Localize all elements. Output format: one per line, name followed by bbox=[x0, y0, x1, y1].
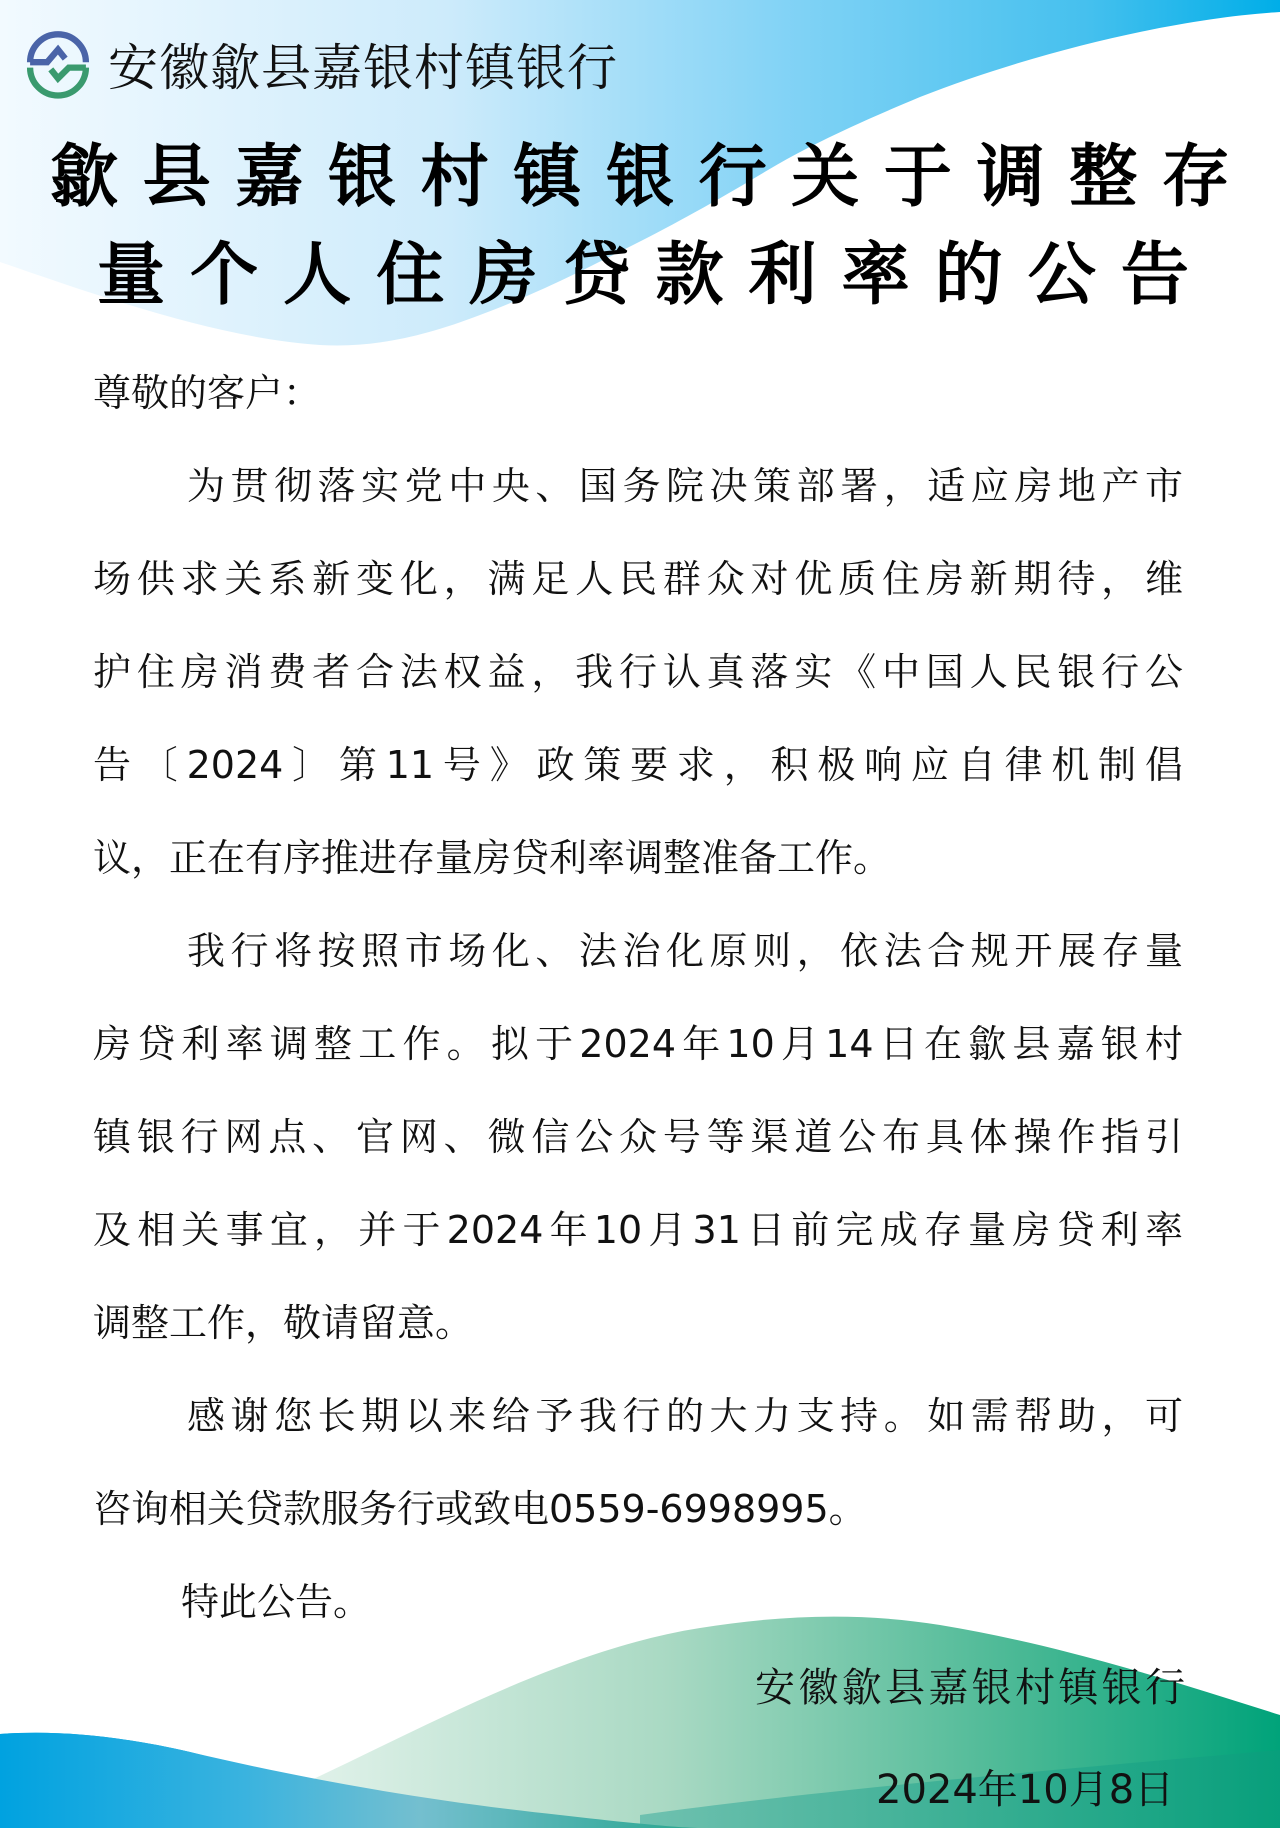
header: 安徽歙县嘉银村镇银行 bbox=[22, 26, 618, 102]
paragraph-1-line: 场供求关系新变化，满足人民群众对优质住房新期待，维 bbox=[93, 556, 1183, 602]
title-char: 人 bbox=[283, 242, 351, 310]
title-char: 歙 bbox=[50, 144, 118, 212]
signature-bank-name: 安徽歙县嘉银村镇银行 bbox=[755, 1665, 1185, 1711]
title-char: 银 bbox=[328, 144, 396, 212]
title-char: 整 bbox=[1069, 144, 1137, 212]
paragraph-1-line: 为贯彻落实党中央、国务院决策部署，适应房地产市 bbox=[187, 463, 1183, 509]
title-char: 款 bbox=[655, 242, 723, 310]
bank-logo-icon bbox=[22, 28, 94, 100]
paragraph-2-line: 调整工作，敬请留意。 bbox=[93, 1300, 473, 1346]
title-char: 贷 bbox=[562, 242, 630, 310]
paragraph-2-line: 及相关事宜，并于2024年10月31日前完成存量房贷利率 bbox=[93, 1207, 1183, 1253]
title-char: 告 bbox=[1121, 242, 1189, 310]
title-char: 嘉 bbox=[235, 144, 303, 212]
title-char: 于 bbox=[884, 144, 952, 212]
phone-line: 咨询相关贷款服务行或致电0559-6998995。 bbox=[93, 1486, 867, 1532]
title-char: 银 bbox=[606, 144, 674, 212]
title-char: 县 bbox=[143, 144, 211, 212]
title-line-2: 量 个 人 住 房 贷 款 利 率 的 公 告 bbox=[97, 242, 1189, 310]
title-line-1: 歙 县 嘉 银 村 镇 银 行 关 于 调 整 存 bbox=[50, 144, 1230, 212]
title-char: 行 bbox=[699, 144, 767, 212]
salutation: 尊敬的客户： bbox=[93, 370, 321, 416]
paragraph-3-line: 感谢您长期以来给予我行的大力支持。如需帮助，可 bbox=[187, 1393, 1183, 1439]
title-char: 量 bbox=[97, 242, 165, 310]
title-char: 个 bbox=[190, 242, 258, 310]
paragraph-1-line: 护住房消费者合法权益，我行认真落实《中国人民银行公 bbox=[93, 649, 1183, 695]
title-char: 村 bbox=[421, 144, 489, 212]
title-char: 住 bbox=[376, 242, 444, 310]
title-char: 镇 bbox=[513, 144, 581, 212]
signature-date: 2024年10月8日 bbox=[876, 1767, 1170, 1813]
closing-line: 特此公告。 bbox=[181, 1579, 371, 1625]
title-char: 利 bbox=[749, 242, 817, 310]
paragraph-1-line: 告〔2024〕第11号》政策要求，积极响应自律机制倡 bbox=[93, 742, 1183, 788]
title-char: 的 bbox=[935, 242, 1003, 310]
paragraph-2-line: 我行将按照市场化、法治化原则，依法合规开展存量 bbox=[187, 928, 1183, 974]
title-char: 调 bbox=[977, 144, 1045, 212]
title-char: 存 bbox=[1162, 144, 1230, 212]
bank-name: 安徽歙县嘉银村镇银行 bbox=[108, 28, 618, 100]
title-char: 关 bbox=[791, 144, 859, 212]
paragraph-2-line: 房贷利率调整工作。拟于2024年10月14日在歙县嘉银村 bbox=[93, 1021, 1183, 1067]
title-char: 率 bbox=[842, 242, 910, 310]
paragraph-2-line: 镇银行网点、官网、微信公众号等渠道公布具体操作指引 bbox=[93, 1114, 1183, 1160]
paragraph-1-line: 议，正在有序推进存量房贷利率调整准备工作。 bbox=[93, 835, 891, 881]
title-char: 公 bbox=[1028, 242, 1096, 310]
title-char: 房 bbox=[469, 242, 537, 310]
